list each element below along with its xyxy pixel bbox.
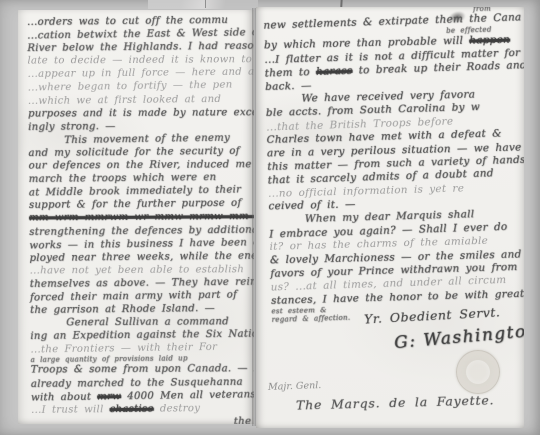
right-page-text: fromnew settlements & extirpate them the… — [263, 7, 524, 324]
manuscript-line: ...have not yet been able to establish — [30, 263, 254, 277]
manuscript-line: with about mrw 4000 Men all veterans — [31, 388, 254, 405]
manuscript-line: Troops & some from upon Canada. — He is — [31, 363, 254, 377]
page-gutter — [252, 8, 256, 426]
page-corner-fold — [148, 0, 258, 9]
scanned-letter: ...orders was to cut off the commu...cat… — [0, 0, 540, 435]
manuscript-line: works — in this business I have been em — [29, 236, 254, 253]
manuscript-line: our defences on the River, induced me to — [29, 158, 254, 172]
manuscript-page-left: ...orders was to cut off the commu...cat… — [18, 10, 254, 424]
manuscript-line: the — [31, 415, 254, 424]
addressee-rank: Majr. Genl. — [268, 380, 322, 393]
manuscript-line: mm wrm mmrwm wr mmw mrmw mm wrmm mrw — [29, 210, 254, 224]
addressee-name: The Marqs. de la Fayette. — [296, 392, 495, 412]
manuscript-line: late to decide — indeed it is known to — [27, 53, 254, 67]
manuscript-line: ...which we at first looked at and — [28, 92, 254, 108]
embossed-seal — [456, 350, 500, 394]
manuscript-line: purposes and it is made by nature exceed — [28, 106, 254, 120]
fold-crease-mark — [205, 0, 206, 8]
manuscript-page-right: fromnew settlements & extirpate them the… — [256, 7, 524, 428]
left-page-text: ...orders was to cut off the commu...cat… — [27, 14, 254, 424]
signature-g-washington: G: Washington — [393, 321, 524, 354]
manuscript-line: General Sullivan a command — [30, 315, 254, 329]
